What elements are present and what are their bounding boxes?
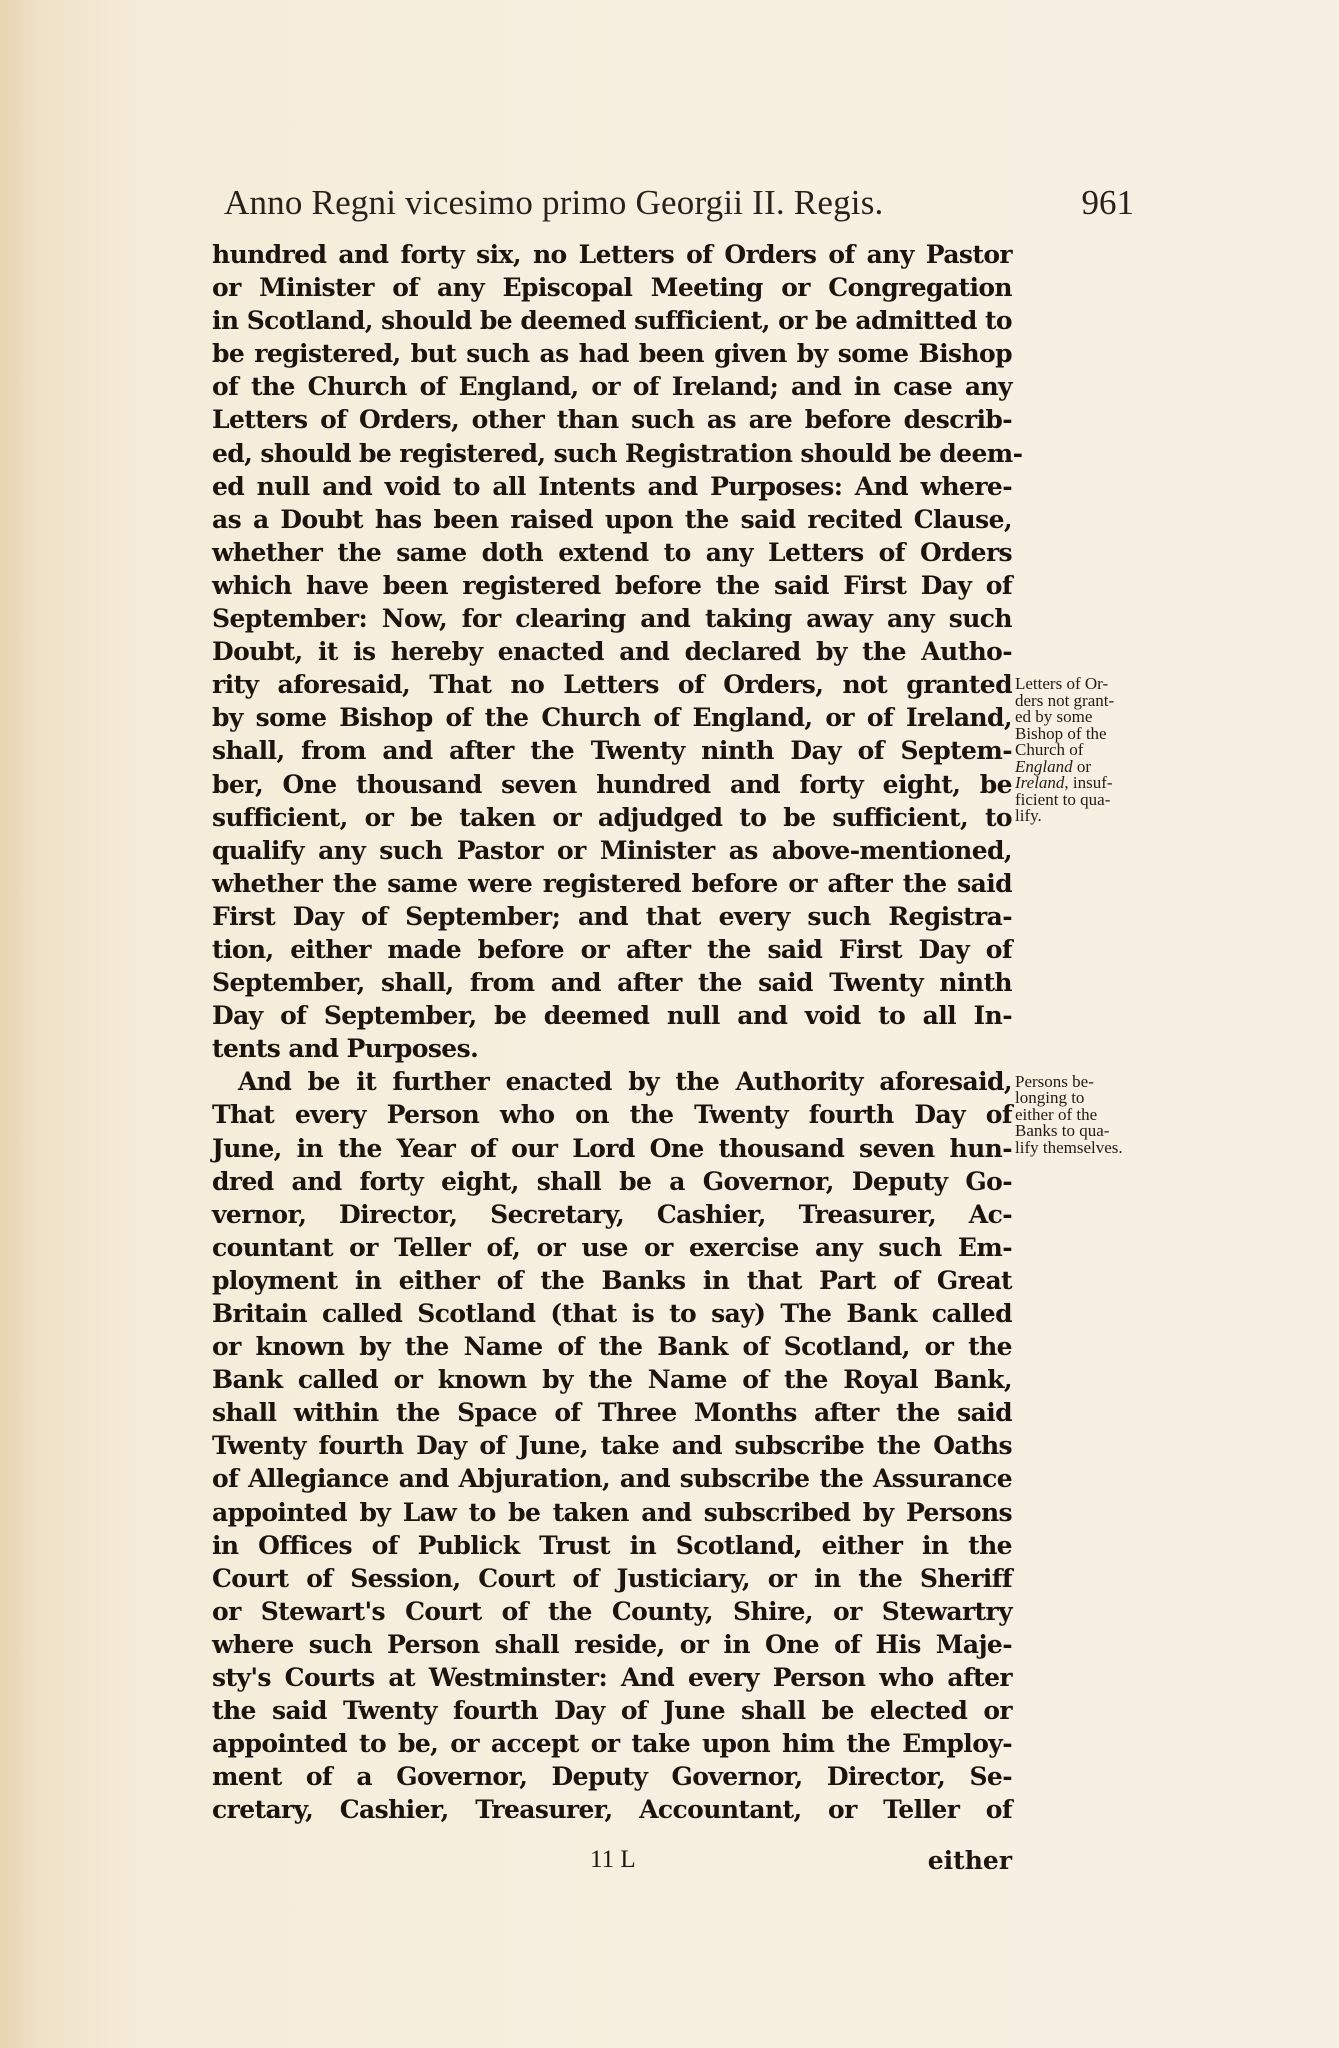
text-line: by some Bishop of the Church of England,… <box>212 701 1012 734</box>
text-line: tion, either made before or after the sa… <box>212 933 1012 966</box>
text-line: or Stewart's Court of the County, Shire,… <box>212 1595 1012 1628</box>
text-line: which have been registered before the sa… <box>212 569 1012 602</box>
running-header: Anno Regni vicesimo primo Georgii II. Re… <box>224 183 1134 227</box>
margin-note-line: lify themselves. <box>1015 1140 1165 1157</box>
text-line: hundred and forty six, no Letters of Ord… <box>212 238 1012 271</box>
text-line: Britain called Scotland (that is to say)… <box>212 1297 1012 1330</box>
text-line: sufficient, or be taken or adjudged to b… <box>212 801 1012 834</box>
text-line: ed, should be registered, such Registrat… <box>212 437 1012 470</box>
page-number: 961 <box>1082 183 1135 223</box>
text-line: sty's Courts at Westminster: And every P… <box>212 1661 1012 1694</box>
margin-note-line: lify. <box>1015 808 1165 825</box>
text-line: June, in the Year of our Lord One thousa… <box>212 1132 1012 1165</box>
text-line: of Allegiance and Abjuration, and subscr… <box>212 1462 1012 1495</box>
signature-mark: 11 L <box>590 1846 636 1874</box>
page-footer: 11 L either <box>212 1846 1012 1879</box>
text-line: ment of a Governor, Deputy Governor, Dir… <box>212 1760 1012 1793</box>
text-line: in Scotland, should be deemed sufficient… <box>212 304 1012 337</box>
text-line: tents and Purposes. <box>212 1032 1012 1065</box>
text-line: whether the same doth extend to any Lett… <box>212 536 1012 569</box>
catchword: either <box>928 1846 1012 1875</box>
text-line: dred and forty eight, shall be a Governo… <box>212 1165 1012 1198</box>
text-line: shall, from and after the Twenty ninth D… <box>212 734 1012 767</box>
text-line: as a Doubt has been raised upon the said… <box>212 503 1012 536</box>
text-line: whether the same were registered before … <box>212 867 1012 900</box>
text-line: of the Church of England, or of Ireland;… <box>212 370 1012 403</box>
text-line: Court of Session, Court of Justiciary, o… <box>212 1562 1012 1595</box>
running-title: Anno Regni vicesimo primo Georgii II. Re… <box>224 183 883 223</box>
text-line: or Minister of any Episcopal Meeting or … <box>212 271 1012 304</box>
text-line: appointed by Law to be taken and subscri… <box>212 1496 1012 1529</box>
text-line: September, shall, from and after the sai… <box>212 966 1012 999</box>
scanned-page: Anno Regni vicesimo primo Georgii II. Re… <box>0 0 1339 2048</box>
text-line: Doubt, it is hereby enacted and declared… <box>212 635 1012 668</box>
text-line: be registered, but such as had been give… <box>212 337 1012 370</box>
text-line: Letters of Orders, other than such as ar… <box>212 403 1012 436</box>
text-line: September: Now, for clearing and taking … <box>212 602 1012 635</box>
text-line: rity aforesaid, That no Letters of Order… <box>212 668 1012 701</box>
text-line: countant or Teller of, or use or exercis… <box>212 1231 1012 1264</box>
text-line: ber, One thousand seven hundred and fort… <box>212 768 1012 801</box>
statute-body-text: hundred and forty six, no Letters of Ord… <box>212 238 1012 1827</box>
text-line: qualify any such Pastor or Minister as a… <box>212 834 1012 867</box>
text-line: or known by the Name of the Bank of Scot… <box>212 1330 1012 1363</box>
text-line: Bank called or known by the Name of the … <box>212 1363 1012 1396</box>
text-line: the said Twenty fourth Day of June shall… <box>212 1694 1012 1727</box>
text-line: appointed to be, or accept or take upon … <box>212 1727 1012 1760</box>
text-line: in Offices of Publick Trust in Scotland,… <box>212 1529 1012 1562</box>
text-line: ed null and void to all Intents and Purp… <box>212 470 1012 503</box>
text-line: shall within the Space of Three Months a… <box>212 1396 1012 1429</box>
text-line: That every Person who on the Twenty four… <box>212 1098 1012 1131</box>
text-line: First Day of September; and that every s… <box>212 900 1012 933</box>
text-line: cretary, Cashier, Treasurer, Accountant,… <box>212 1793 1012 1826</box>
margin-note-letters-of-orders: Letters of Or-ders not grant-ed by someB… <box>1015 676 1165 825</box>
text-line: Twenty fourth Day of June, take and subs… <box>212 1429 1012 1462</box>
text-line: Day of September, be deemed null and voi… <box>212 999 1012 1032</box>
margin-note-bank-persons: Persons be-longing toeither of theBanks … <box>1015 1074 1165 1157</box>
text-line: where such Person shall reside, or in On… <box>212 1628 1012 1661</box>
text-line: And be it further enacted by the Authori… <box>212 1065 1012 1098</box>
text-line: ployment in either of the Banks in that … <box>212 1264 1012 1297</box>
text-line: vernor, Director, Secretary, Cashier, Tr… <box>212 1198 1012 1231</box>
